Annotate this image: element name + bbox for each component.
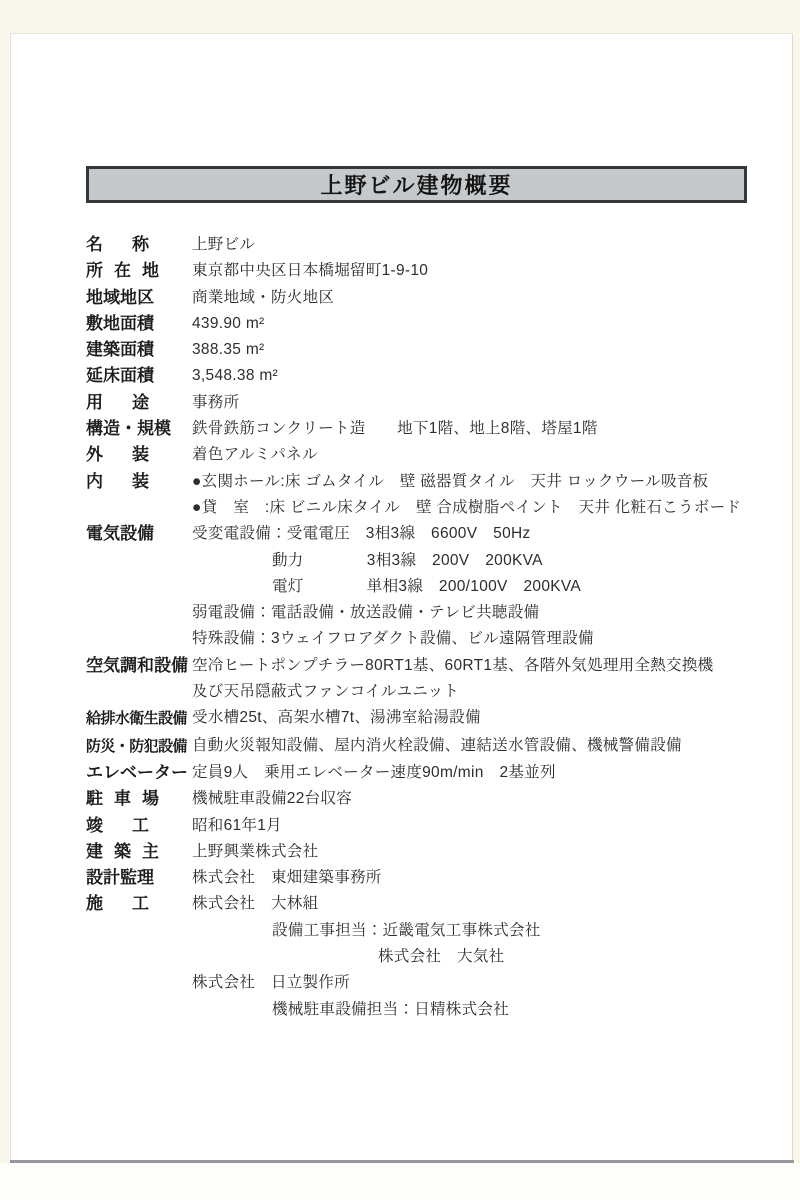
spec-row: 電気設備受変電設備：受電電圧 3相3線 6600V 50Hz動力 3相3線 20… xyxy=(86,521,786,652)
spec-value-line: 東京都中央区日本橋堀留町1-9-10 xyxy=(192,258,786,284)
spec-row: 延床面積3,548.38 m² xyxy=(86,363,786,389)
spec-label-text: 設計監理 xyxy=(86,865,154,891)
spec-value-line: 着色アルミパネル xyxy=(192,442,786,468)
spec-row: 施工株式会社 大林組設備工事担当：近畿電気工事株式会社株式会社 大気社株式会社 … xyxy=(86,891,786,1022)
document-page: 上野ビル建物概要 名称上野ビル所在地東京都中央区日本橋堀留町1-9-10地域地区… xyxy=(10,33,793,1161)
spec-value: 受変電設備：受電電圧 3相3線 6600V 50Hz動力 3相3線 200V 2… xyxy=(192,521,786,652)
spec-value: 着色アルミパネル xyxy=(192,442,786,468)
spec-label: 建築主 xyxy=(86,839,192,865)
spec-value-line: 3,548.38 m² xyxy=(192,363,786,389)
spec-label: 給排水衛生設備 xyxy=(86,705,192,732)
spec-value: 388.35 m² xyxy=(192,337,786,363)
spec-label: 用途 xyxy=(86,390,192,416)
spec-row: 設計監理株式会社 東畑建築事務所 xyxy=(86,865,786,891)
scan-margin-bottom xyxy=(0,1163,800,1200)
spec-row: エレベーター定員9人 乗用エレベーター速度90m/min 2基並列 xyxy=(86,760,786,786)
spec-value: 自動火災報知設備、屋内消火栓設備、連結送水管設備、機械警備設備 xyxy=(192,733,786,759)
spec-value-line: ●玄関ホール:床 ゴムタイル 壁 磁器質タイル 天井 ロックウール吸音板 xyxy=(192,469,786,495)
spec-label: 電気設備 xyxy=(86,521,192,547)
spec-label-text: 建築面積 xyxy=(86,337,154,363)
spec-row: 空気調和設備空冷ヒートポンプチラー80RT1基、60RT1基、各階外気処理用全熱… xyxy=(86,653,786,706)
spec-row: 駐車場機械駐車設備22台収容 xyxy=(86,786,786,812)
spec-value: 商業地域・防火地区 xyxy=(192,285,786,311)
spec-value: 東京都中央区日本橋堀留町1-9-10 xyxy=(192,258,786,284)
spec-value-line: 事務所 xyxy=(192,390,786,416)
spec-label: 構造・規模 xyxy=(86,416,192,442)
spec-label: 設計監理 xyxy=(86,865,192,891)
spec-value-line: 自動火災報知設備、屋内消火栓設備、連結送水管設備、機械警備設備 xyxy=(192,733,786,759)
spec-value: 3,548.38 m² xyxy=(192,363,786,389)
spec-label: 防災・防犯設備 xyxy=(86,733,192,760)
spec-label: 敷地面積 xyxy=(86,311,192,337)
spec-value: 鉄骨鉄筋コンクリート造 地下1階、地上8階、塔屋1階 xyxy=(192,416,786,442)
spec-row: 構造・規模鉄骨鉄筋コンクリート造 地下1階、地上8階、塔屋1階 xyxy=(86,416,786,442)
spec-value-line: 昭和61年1月 xyxy=(192,813,786,839)
spec-label-text: 建築主 xyxy=(86,839,159,865)
spec-row: 名称上野ビル xyxy=(86,232,786,258)
spec-value-line: ●貸 室 :床 ビニル床タイル 壁 合成樹脂ペイント 天井 化粧石こうボード xyxy=(192,495,786,521)
spec-value-line: 鉄骨鉄筋コンクリート造 地下1階、地上8階、塔屋1階 xyxy=(192,416,786,442)
spec-label-text: 防災・防犯設備 xyxy=(86,734,187,760)
spec-label: 所在地 xyxy=(86,258,192,284)
spec-label-text: 施工 xyxy=(86,891,149,917)
spec-value: 事務所 xyxy=(192,390,786,416)
spec-row: 建築面積388.35 m² xyxy=(86,337,786,363)
spec-row: 防災・防犯設備自動火災報知設備、屋内消火栓設備、連結送水管設備、機械警備設備 xyxy=(86,733,786,760)
spec-value-line: 上野ビル xyxy=(192,232,786,258)
spec-label-text: 延床面積 xyxy=(86,363,154,389)
spec-value-line: 空冷ヒートポンプチラー80RT1基、60RT1基、各階外気処理用全熱交換機 xyxy=(192,653,786,679)
spec-label: 竣工 xyxy=(86,813,192,839)
spec-value: 上野ビル xyxy=(192,232,786,258)
spec-value-line: 機械駐車設備22台収容 xyxy=(192,786,786,812)
scan-background: { "document": { "title": "上野ビル建物概要", "co… xyxy=(0,0,800,1200)
spec-value: 439.90 m² xyxy=(192,311,786,337)
spec-value-line: 及び天吊隠蔽式ファンコイルユニット xyxy=(192,679,786,705)
spec-row: 用途事務所 xyxy=(86,390,786,416)
spec-value-line: 439.90 m² xyxy=(192,311,786,337)
spec-value-line: 株式会社 大林組 xyxy=(192,891,786,917)
spec-label: 名称 xyxy=(86,232,192,258)
spec-row: 竣工昭和61年1月 xyxy=(86,813,786,839)
spec-label-text: 竣工 xyxy=(86,813,149,839)
spec-row: 給排水衛生設備受水槽25t、高架水槽7t、湯沸室給湯設備 xyxy=(86,705,786,732)
spec-label: 内装 xyxy=(86,469,192,495)
spec-value-line: 上野興業株式会社 xyxy=(192,839,786,865)
spec-label-text: 外装 xyxy=(86,442,149,468)
spec-label: エレベーター xyxy=(86,760,192,786)
spec-label-text: 電気設備 xyxy=(86,521,154,547)
spec-value-line: 機械駐車設備担当：日精株式会社 xyxy=(192,997,786,1023)
spec-value: 株式会社 東畑建築事務所 xyxy=(192,865,786,891)
spec-value: 機械駐車設備22台収容 xyxy=(192,786,786,812)
building-spec-table: 名称上野ビル所在地東京都中央区日本橋堀留町1-9-10地域地区商業地域・防火地区… xyxy=(86,232,786,1023)
spec-label-text: 空気調和設備 xyxy=(86,653,188,679)
spec-label-text: 駐車場 xyxy=(86,786,159,812)
spec-value: 上野興業株式会社 xyxy=(192,839,786,865)
spec-value: 株式会社 大林組設備工事担当：近畿電気工事株式会社株式会社 大気社株式会社 日立… xyxy=(192,891,786,1022)
spec-label: 空気調和設備 xyxy=(86,653,192,679)
spec-value: ●玄関ホール:床 ゴムタイル 壁 磁器質タイル 天井 ロックウール吸音板●貸 室… xyxy=(192,469,786,522)
spec-label-text: 名称 xyxy=(86,232,149,258)
spec-value: 受水槽25t、高架水槽7t、湯沸室給湯設備 xyxy=(192,705,786,731)
spec-value-line: 388.35 m² xyxy=(192,337,786,363)
spec-label-text: 敷地面積 xyxy=(86,311,154,337)
spec-row: 外装着色アルミパネル xyxy=(86,442,786,468)
spec-value: 定員9人 乗用エレベーター速度90m/min 2基並列 xyxy=(192,760,786,786)
spec-value-line: 設備工事担当：近畿電気工事株式会社 xyxy=(192,918,786,944)
spec-value-line: 株式会社 大気社 xyxy=(192,944,786,970)
document-title: 上野ビル建物概要 xyxy=(320,169,512,200)
spec-value-line: 受水槽25t、高架水槽7t、湯沸室給湯設備 xyxy=(192,705,786,731)
spec-row: 敷地面積439.90 m² xyxy=(86,311,786,337)
spec-label-text: 用途 xyxy=(86,390,149,416)
spec-value-line: 株式会社 日立製作所 xyxy=(192,970,786,996)
spec-label: 駐車場 xyxy=(86,786,192,812)
spec-label-text: 地域地区 xyxy=(86,285,154,311)
spec-value-line: 株式会社 東畑建築事務所 xyxy=(192,865,786,891)
spec-row: 地域地区商業地域・防火地区 xyxy=(86,285,786,311)
spec-row: 所在地東京都中央区日本橋堀留町1-9-10 xyxy=(86,258,786,284)
spec-value-line: 弱電設備：電話設備・放送設備・テレビ共聴設備 xyxy=(192,600,786,626)
spec-label-text: 所在地 xyxy=(86,258,159,284)
spec-label: 建築面積 xyxy=(86,337,192,363)
spec-label-text: 構造・規模 xyxy=(86,416,171,442)
spec-value-line: 電灯 単相3線 200/100V 200KVA xyxy=(192,574,786,600)
spec-label-text: エレベーター xyxy=(86,760,188,786)
spec-label: 地域地区 xyxy=(86,285,192,311)
spec-value-line: 商業地域・防火地区 xyxy=(192,285,786,311)
spec-value-line: 受変電設備：受電電圧 3相3線 6600V 50Hz xyxy=(192,521,786,547)
spec-row: 建築主上野興業株式会社 xyxy=(86,839,786,865)
spec-value: 昭和61年1月 xyxy=(192,813,786,839)
spec-label: 外装 xyxy=(86,442,192,468)
spec-row: 内装●玄関ホール:床 ゴムタイル 壁 磁器質タイル 天井 ロックウール吸音板●貸… xyxy=(86,469,786,522)
spec-value-line: 特殊設備：3ウェイフロアダクト設備、ビル遠隔管理設備 xyxy=(192,626,786,652)
spec-value-line: 動力 3相3線 200V 200KVA xyxy=(192,548,786,574)
document-title-bar: 上野ビル建物概要 xyxy=(86,166,747,203)
spec-label-text: 給排水衛生設備 xyxy=(86,706,187,732)
spec-label: 延床面積 xyxy=(86,363,192,389)
spec-label-text: 内装 xyxy=(86,469,149,495)
spec-label: 施工 xyxy=(86,891,192,917)
spec-value-line: 定員9人 乗用エレベーター速度90m/min 2基並列 xyxy=(192,760,786,786)
spec-value: 空冷ヒートポンプチラー80RT1基、60RT1基、各階外気処理用全熱交換機及び天… xyxy=(192,653,786,706)
